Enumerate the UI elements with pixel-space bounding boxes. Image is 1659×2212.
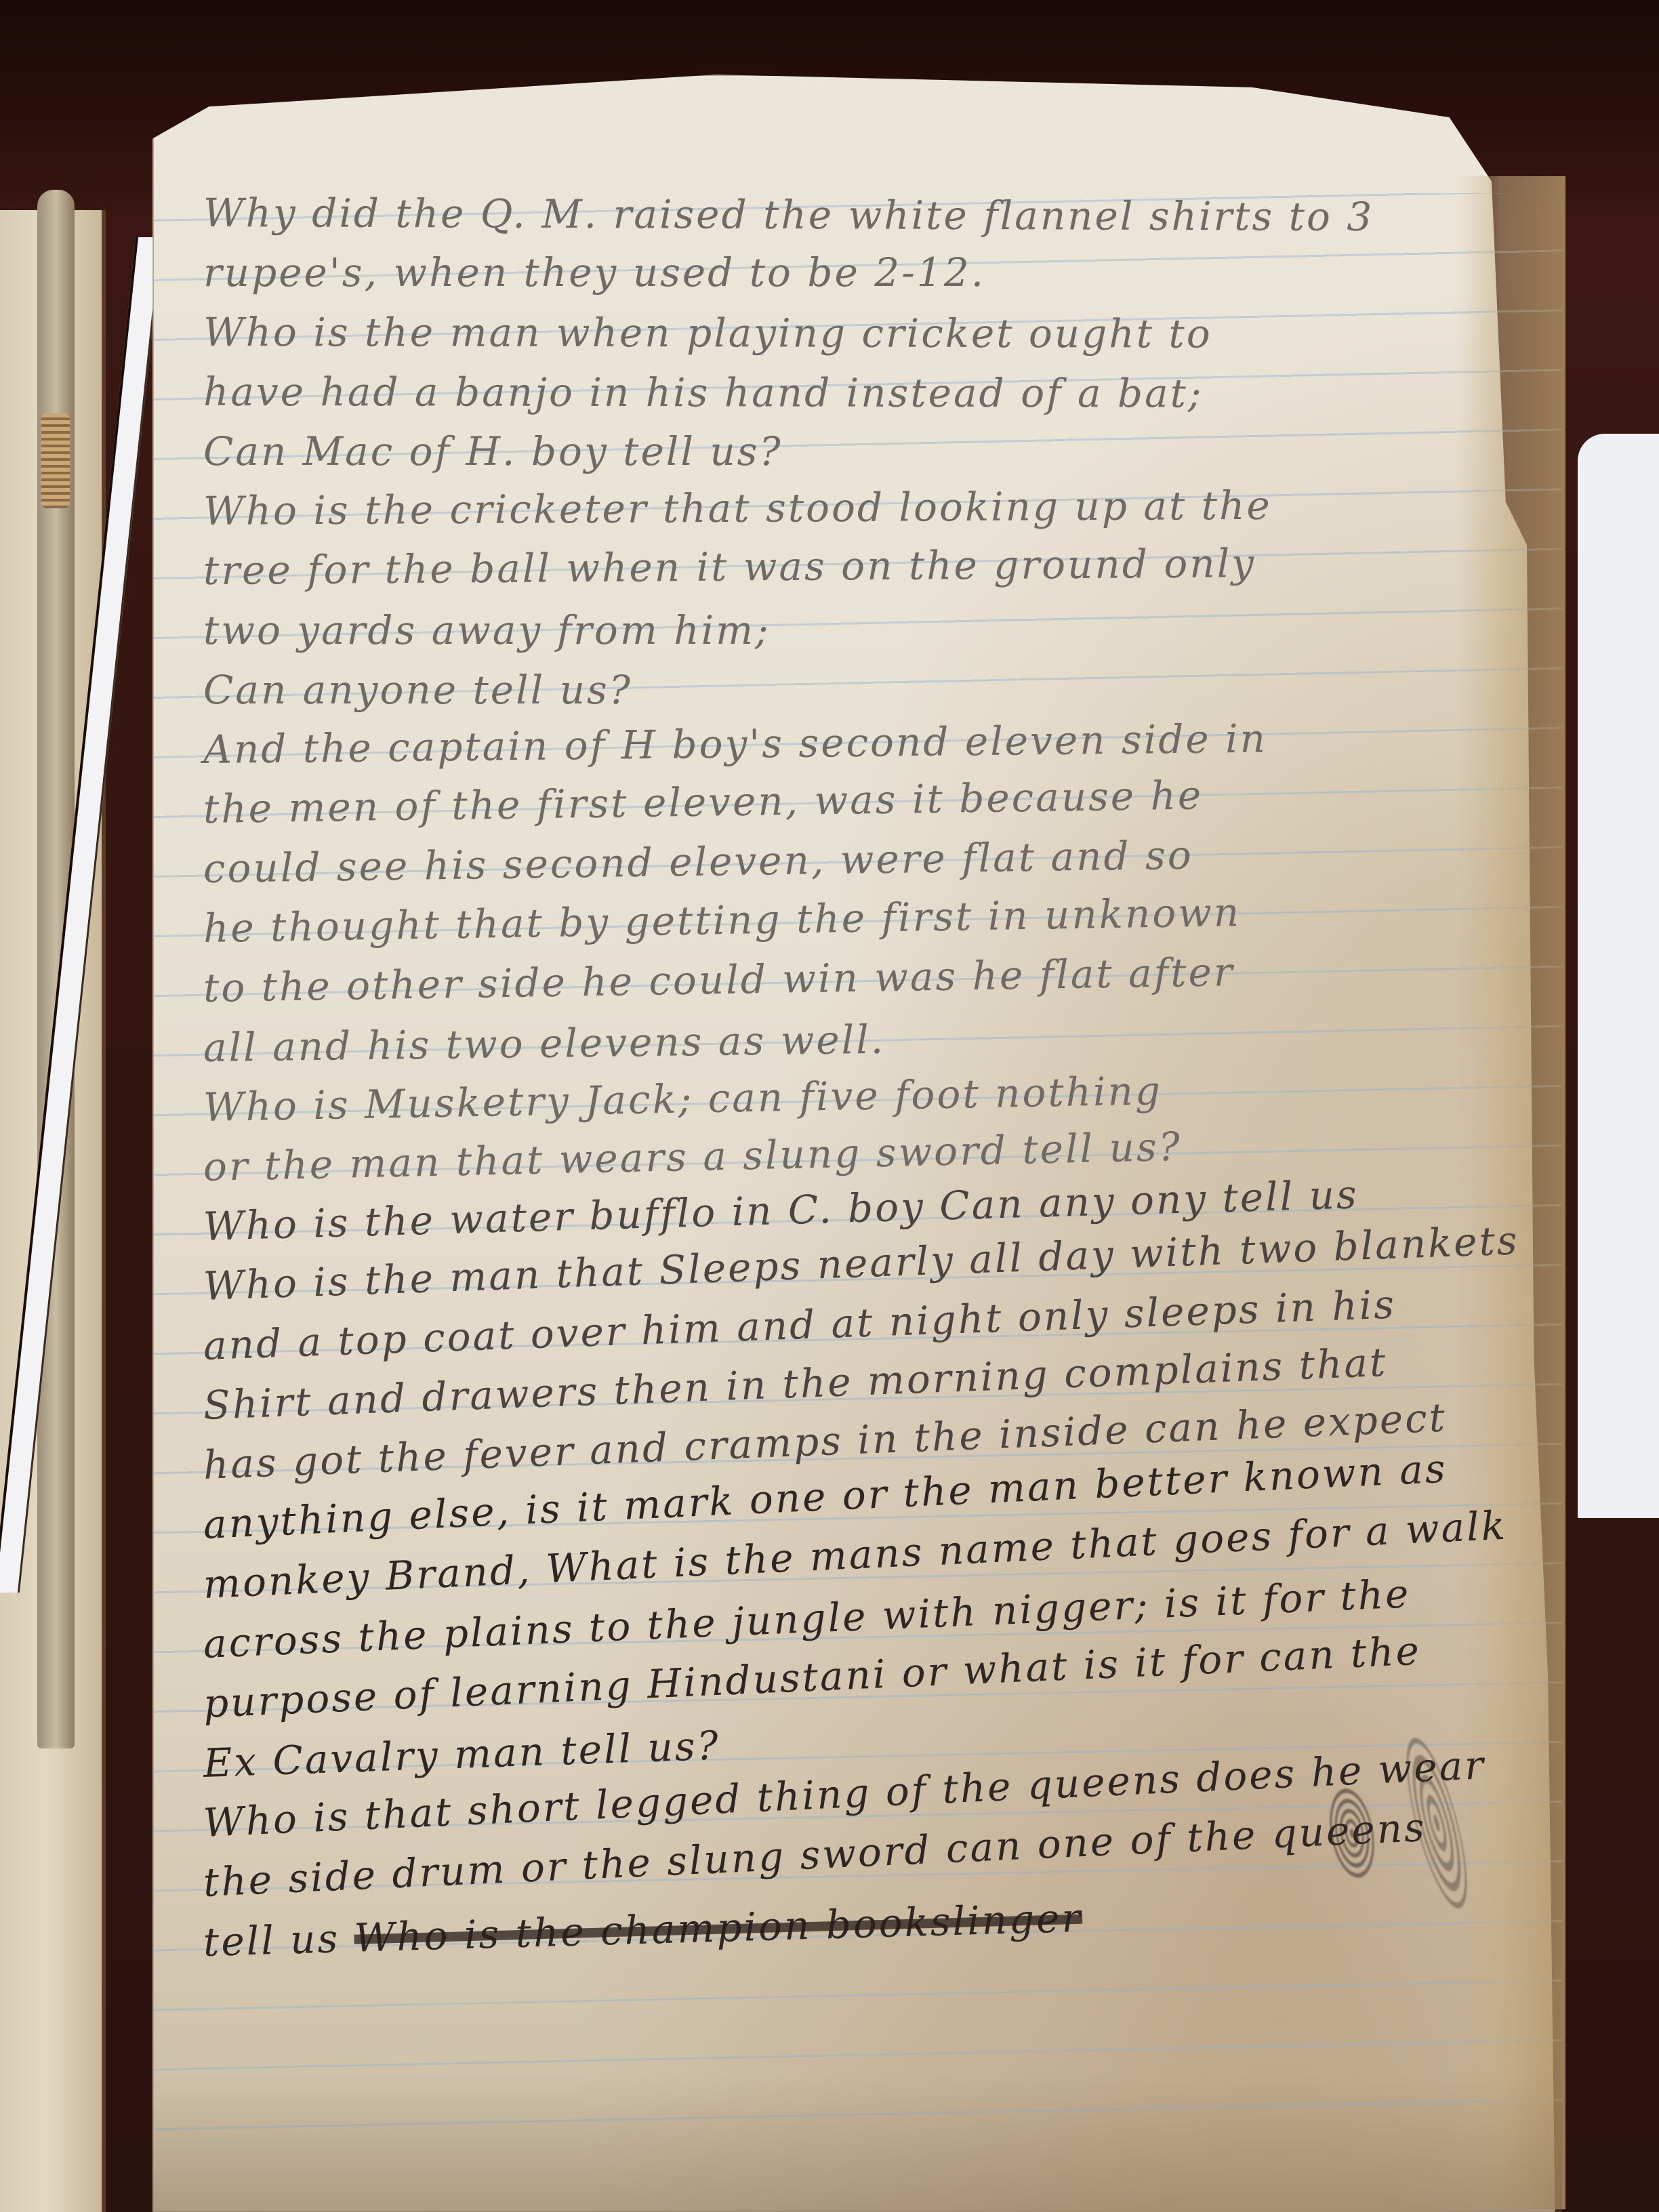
manuscript-line: Can Mac of H. boy tell us?: [203, 422, 1552, 481]
manuscript-line: have had a banjo in his hand instead of …: [203, 362, 1552, 424]
water-stain: [152, 2074, 1562, 2212]
manuscript-line: Who is the man when playing cricket ough…: [203, 302, 1552, 364]
manuscript-line: rupee's, when they used to be 2-12.: [203, 243, 1552, 302]
closing-phrase: tell us: [203, 1915, 340, 1965]
manuscript-line: tree for the ball when it was on the gro…: [203, 531, 1553, 600]
binding-thread: [41, 413, 70, 508]
handwritten-text-body: Why did the Q. M. raised the white flann…: [203, 183, 1552, 1972]
background-paper: [1578, 434, 1659, 1518]
struck-through-text: Who is the champion bookslinger: [354, 1895, 1083, 1961]
manuscript-line: two yards away from him;: [203, 600, 1552, 660]
manuscript-line: Why did the Q. M. raised the white flann…: [203, 183, 1552, 247]
manuscript-line: Who is the cricketer that stood looking …: [203, 474, 1552, 541]
